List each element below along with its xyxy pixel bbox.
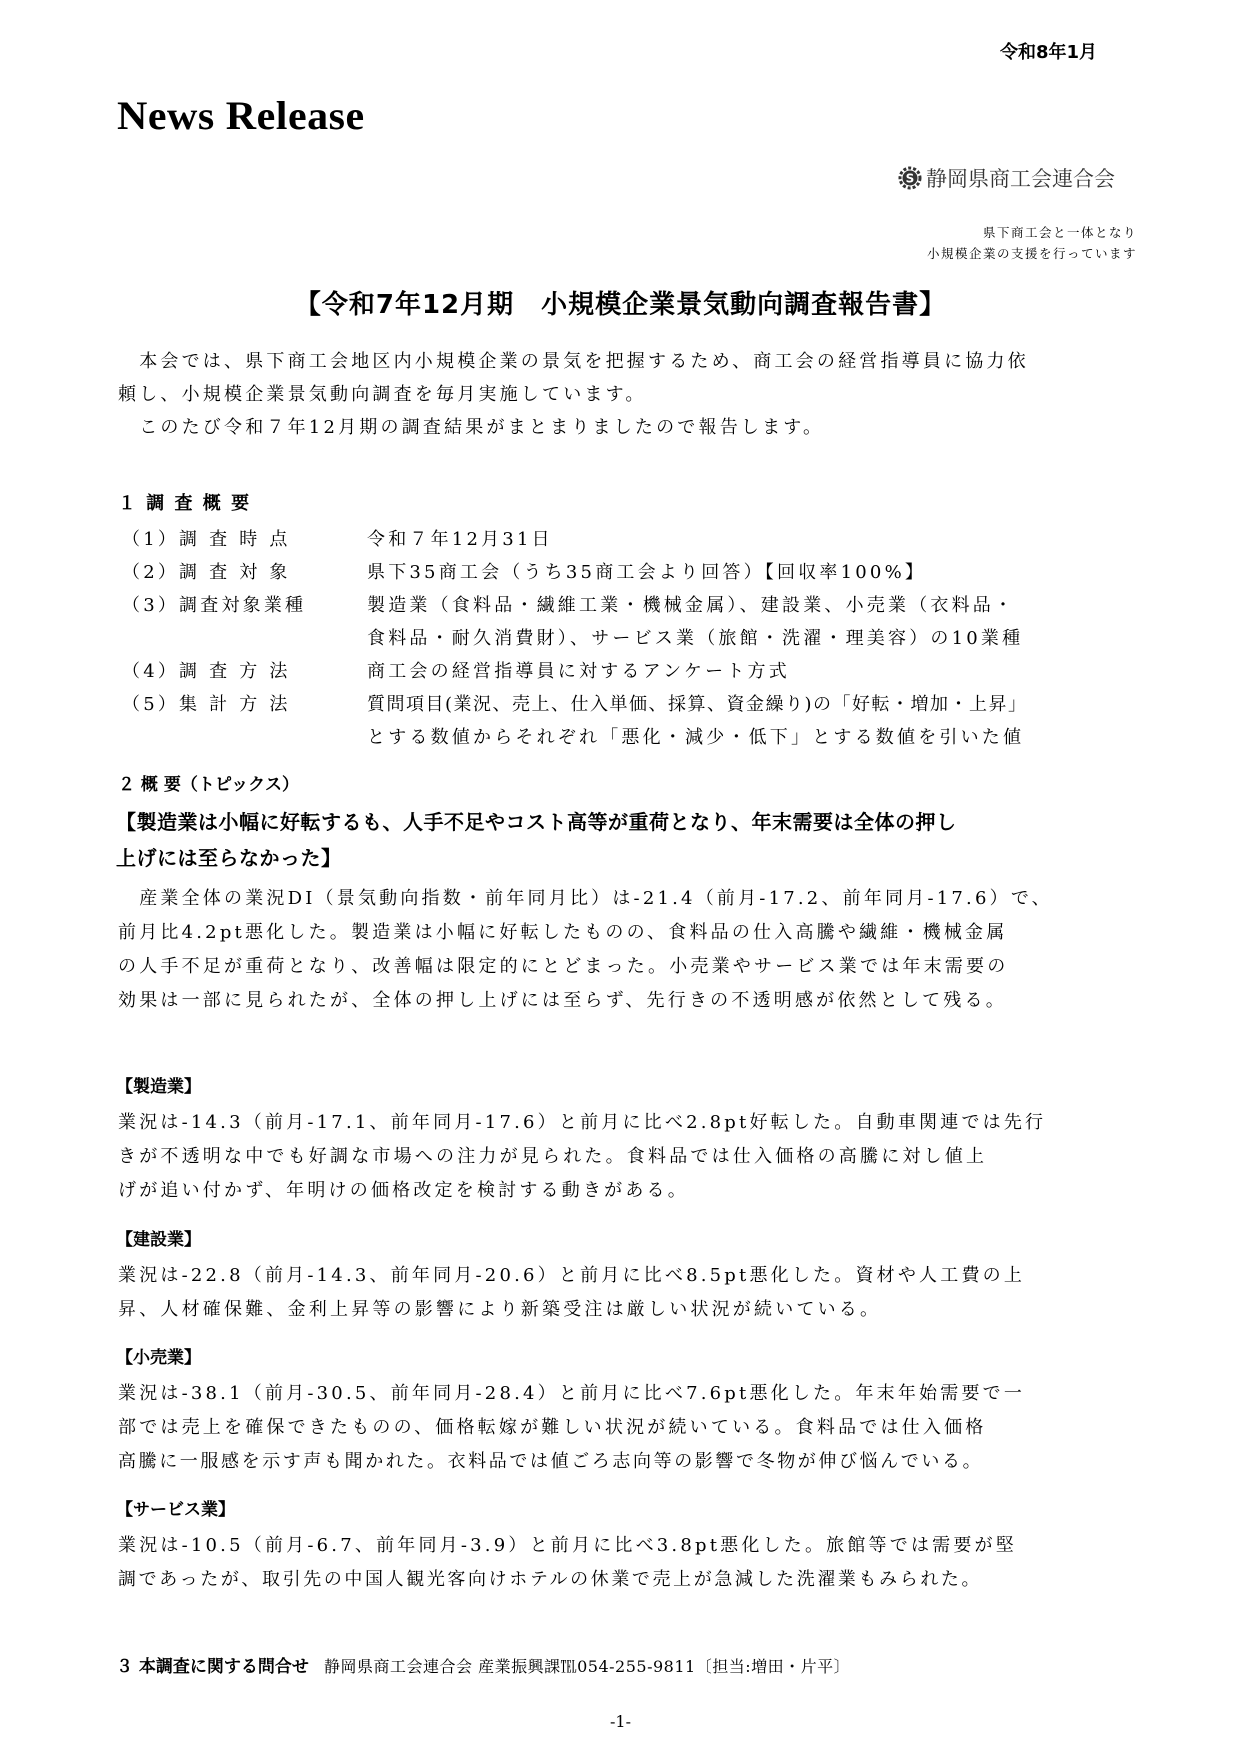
industry-line: きが不透明な中でも好調な市場への注力が見られた。食料品では仕入価格の高騰に対し値…: [118, 1142, 987, 1168]
industry-line: 業況は-10.5（前月-6.7、前年同月-3.9）と前月に比べ3.8pt悪化した…: [118, 1531, 1017, 1557]
industry-heading-construction: 【建設業】: [116, 1225, 201, 1250]
industry-line: 業況は-22.8（前月-14.3、前年同月-20.6）と前月に比べ8.5pt悪化…: [118, 1261, 1025, 1287]
organization-logo: S 静岡県商工会連合会: [898, 163, 1115, 193]
report-title: 【令和7年12月期 小規模企業景気動向調査報告書】: [0, 284, 1241, 321]
survey-item-value: とする数値からそれぞれ「悪化・減少・低下」とする数値を引いた値: [367, 723, 1024, 749]
industry-line: 調であったが、取引先の中国人観光客向けホテルの休業で売上が急減した洗濯業もみられ…: [118, 1565, 982, 1591]
news-release-title: News Release: [117, 92, 365, 139]
industry-line: 昇、人材確保難、金利上昇等の影響により新築受注は厳しい状況が続いている。: [118, 1295, 881, 1321]
intro-line: このたび令和７年12月期の調査結果がまとまりましたので報告します。: [118, 413, 824, 439]
intro-line: 頼し、小規模企業景気動向調査を毎月実施しています。: [118, 380, 647, 406]
survey-item-label: （3）調査対象業種: [122, 591, 306, 617]
survey-item-value: 食料品・耐久消費財）、サービス業（旅館・洗濯・理美容）の10業種: [367, 624, 1023, 650]
industry-line: 高騰に一服感を示す声も聞かれた。衣料品では値ごろ志向等の影響で冬物が伸び悩んでい…: [118, 1447, 983, 1473]
summary-line: 産業全体の業況DI（景気動向指数・前年同月比）は-21.4（前月-17.2、前年…: [118, 884, 1053, 910]
survey-item-value: 質問項目(業況、売上、仕入単価、採算、資金繰り)の「好転・増加・上昇」: [367, 690, 1028, 716]
contact-heading: ３ 本調査に関する問合せ: [116, 1657, 309, 1677]
survey-item-label: （5）集 計 方 法: [122, 690, 291, 716]
survey-item-value: 令和７年12月31日: [367, 525, 553, 551]
industry-line: 部では売上を確保できたものの、価格転嫁が難しい状況が続いている。食料品では仕入価…: [118, 1413, 986, 1439]
survey-item-label: （1）調 査 時 点: [122, 525, 291, 551]
industry-line: 業況は-38.1（前月-30.5、前年同月-28.4）と前月に比べ7.6pt悪化…: [118, 1379, 1025, 1405]
summary-line: の人手不足が重荷となり、改善幅は限定的にとどまった。小売業やサービス業では年末需…: [118, 952, 1008, 978]
svg-text:S: S: [906, 172, 915, 186]
survey-item-value: 県下35商工会（うち35商工会より回答）【回収率100%】: [367, 558, 926, 584]
survey-item-value: 製造業（食料品・繊維工業・機械金属）、建設業、小売業（衣料品・: [367, 591, 1015, 617]
summary-line: 効果は一部に見られたが、全体の押し上げには至らず、先行きの不透明感が依然として残…: [118, 986, 1007, 1012]
contact-section: ３ 本調査に関する問合せ 静岡県商工会連合会 産業振興課℡054-255-981…: [116, 1652, 850, 1677]
topic-headline: 【製造業は小幅に好転するも、人手不足やコスト高等が重荷となり、年末需要は全体の押…: [116, 806, 957, 835]
survey-item-label: （4）調 査 方 法: [122, 657, 291, 683]
survey-item-label: （2）調 査 対 象: [122, 558, 291, 584]
industry-line: げが追い付かず、年明けの価格改定を検討する動きがある。: [118, 1176, 689, 1202]
intro-line: 本会では、県下商工会地区内小規模企業の景気を把握するため、商工会の経営指導員に協…: [118, 347, 1029, 373]
summary-line: 前月比4.2pt悪化した。製造業は小幅に好転したものの、食料品の仕入高騰や繊維・…: [118, 918, 1007, 944]
survey-item-value: 商工会の経営指導員に対するアンケート方式: [367, 657, 790, 683]
contact-info: 静岡県商工会連合会 産業振興課℡054-255-9811〔担当:増田・片平〕: [324, 1657, 850, 1676]
industry-heading-services: 【サービス業】: [116, 1495, 235, 1520]
industry-heading-retail: 【小売業】: [116, 1343, 201, 1368]
organization-name: 静岡県商工会連合会: [926, 163, 1115, 193]
industry-line: 業況は-14.3（前月-17.1、前年同月-17.6）と前月に比べ2.8pt好転…: [118, 1108, 1046, 1134]
section-heading: １ 調 査 概 要: [118, 489, 251, 515]
section-heading: ２ 概 要（トピックス）: [118, 770, 299, 795]
industry-heading-manufacturing: 【製造業】: [116, 1072, 201, 1097]
page-number: -1-: [0, 1712, 1241, 1731]
gear-s-logo-icon: S: [898, 166, 922, 190]
release-date: 令和8年1月: [1000, 38, 1097, 64]
tagline-line: 県下商工会と一体となり: [983, 223, 1137, 241]
tagline-line: 小規模企業の支援を行っています: [927, 244, 1137, 262]
topic-headline: 上げには至らなかった】: [116, 842, 342, 871]
